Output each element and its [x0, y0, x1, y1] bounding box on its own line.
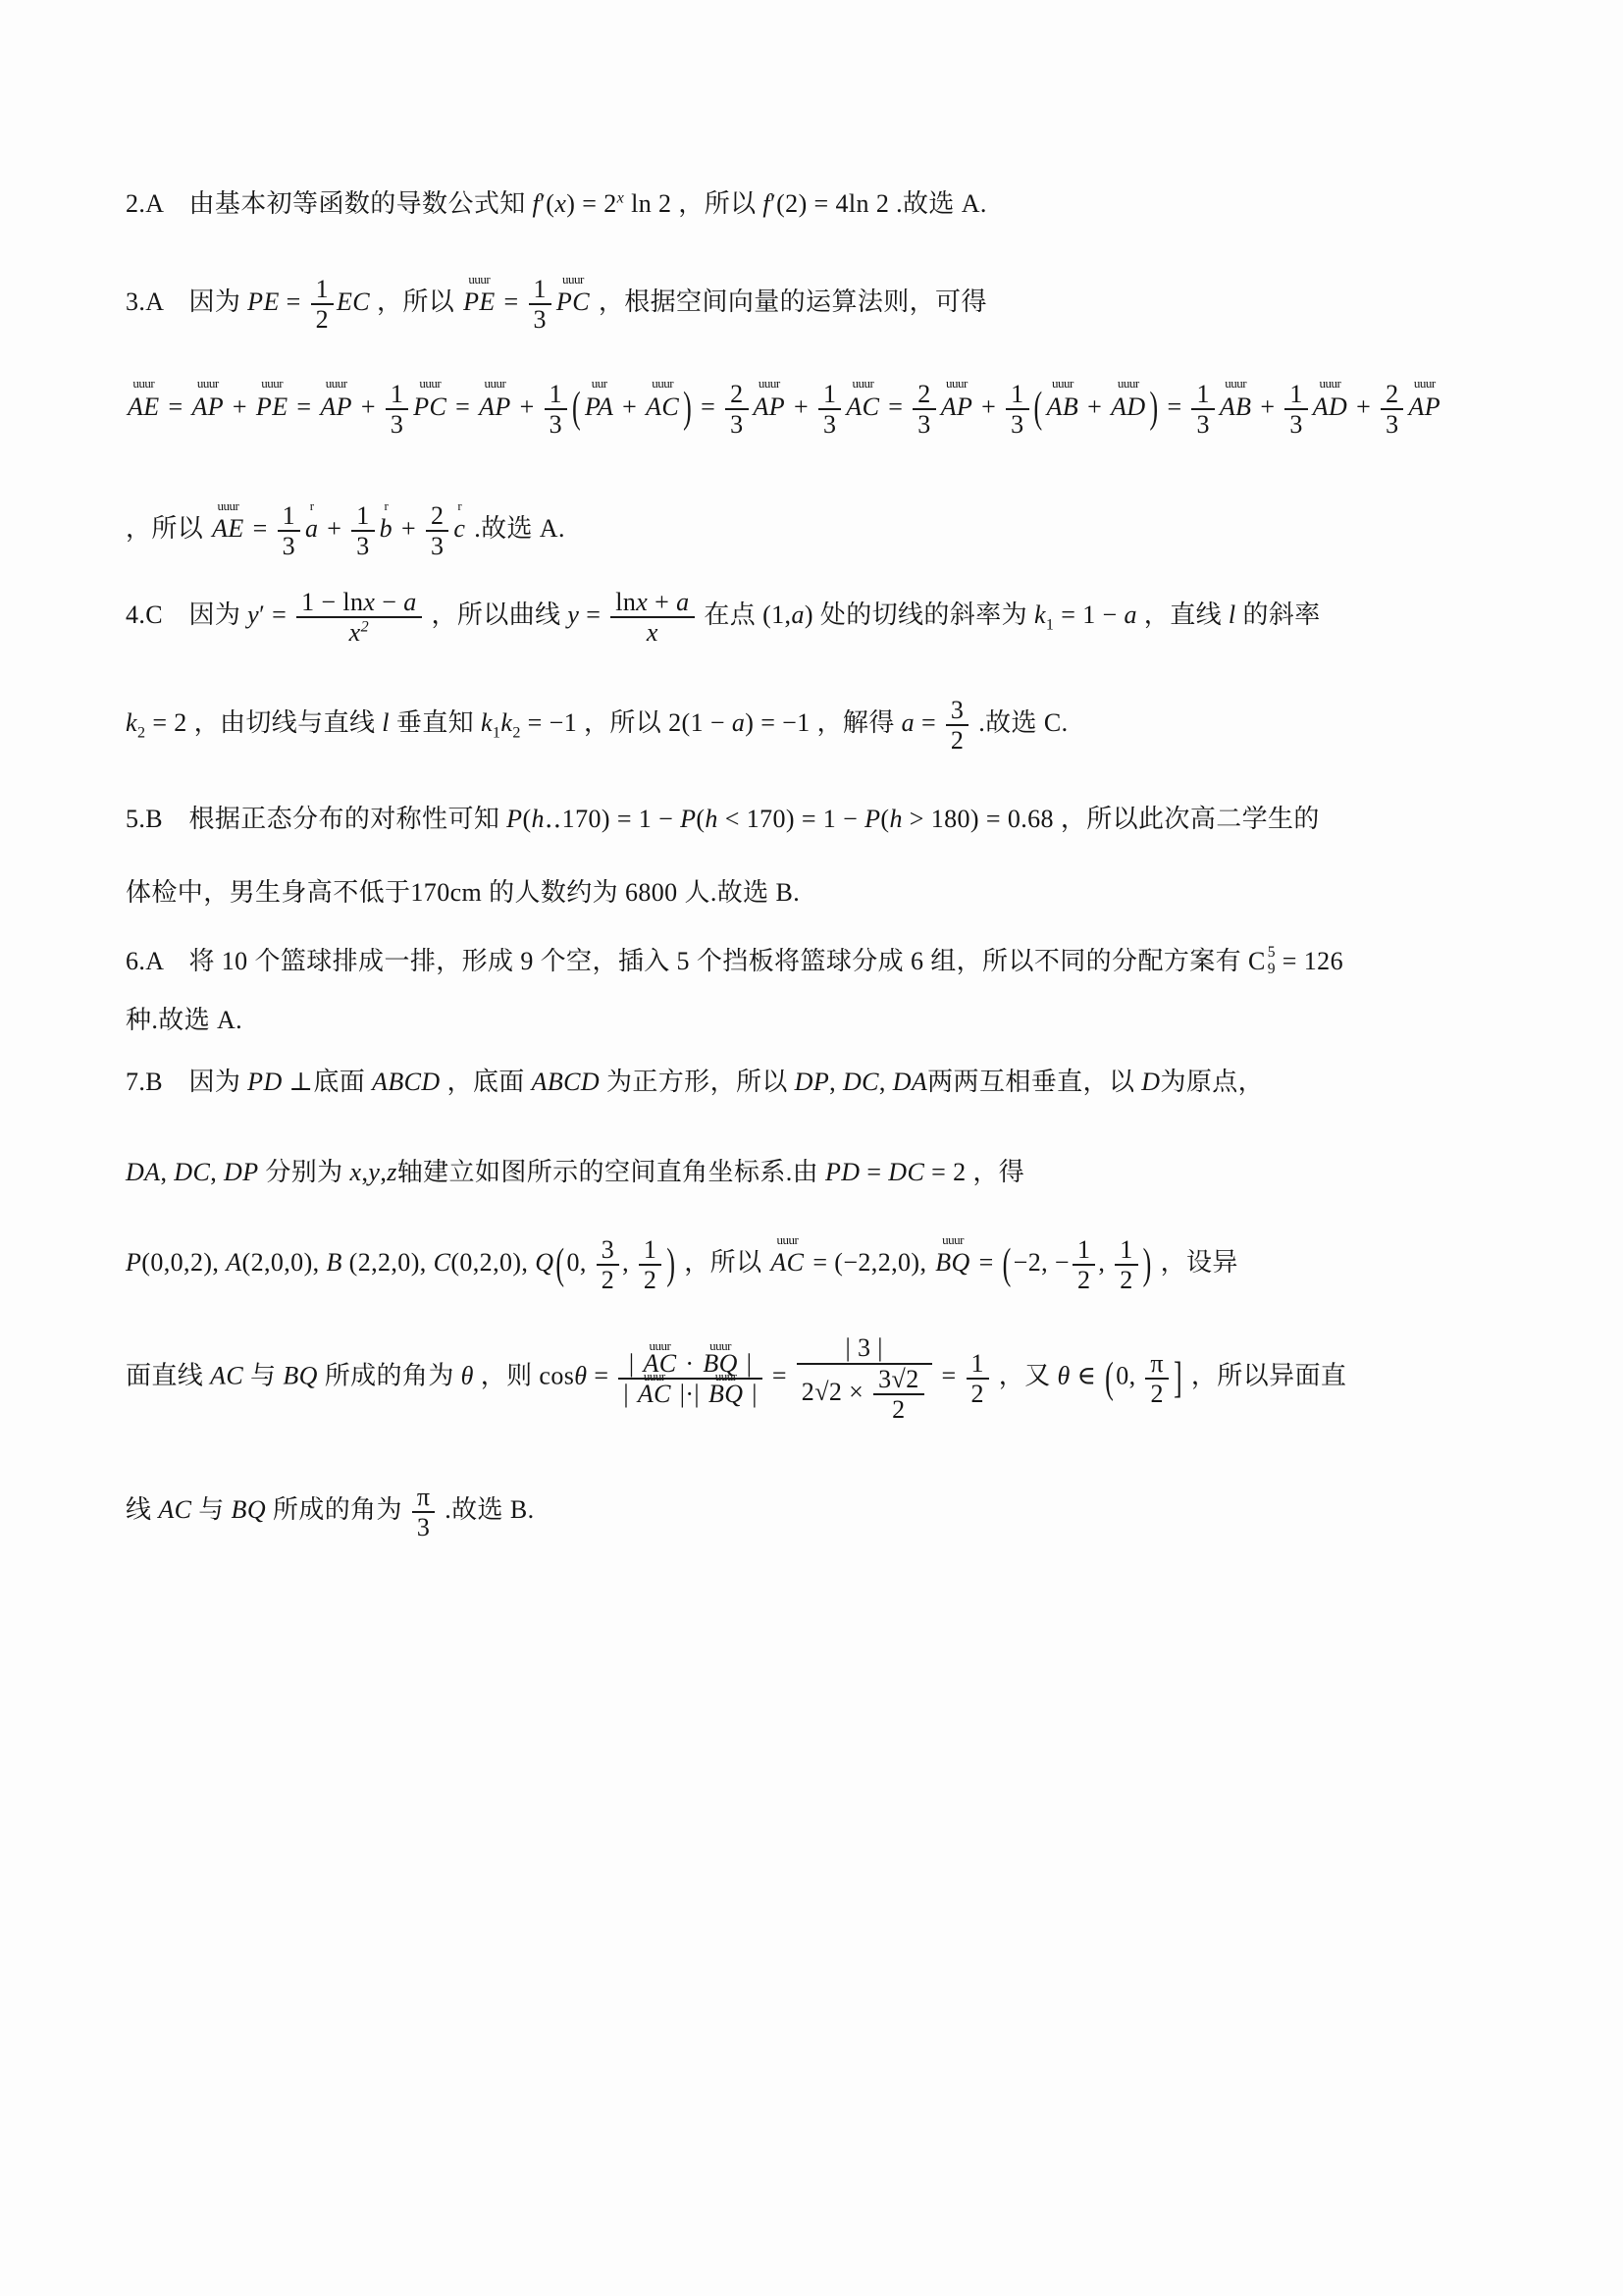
solution-7B-cosine: 面直线 AC 与 BQ 所成的角为 θ ，则 cosθ = | uuurAC ·… [126, 1333, 1513, 1423]
solution-7B-line2: DA, DC, DP 分别为 x,y,z轴建立如图所示的空间直角坐标系.由 PD… [126, 1153, 1513, 1192]
math-var: k [1034, 600, 1046, 629]
math-var: P [126, 1248, 141, 1277]
vector-PC: uuurPC [556, 283, 590, 322]
vector-PA: uurPA [585, 388, 613, 427]
solution-6A-line1: 6.A 将 10 个篮球排成一排，形成 9 个空，插入 5 个挡板将篮球分成 6… [126, 942, 1513, 981]
math-var: z [387, 1158, 397, 1186]
math-var: PD [825, 1158, 860, 1186]
math-var: k [126, 708, 137, 737]
fraction: 13 [1191, 380, 1214, 439]
math-var: BQ [232, 1495, 266, 1524]
fraction: 13 [545, 380, 567, 439]
vector-arrow-mark: uuur [217, 499, 238, 512]
math-var: DA [126, 1158, 160, 1186]
math-var: h [532, 805, 545, 833]
math-var: x [554, 189, 566, 218]
big-paren: ( [1003, 1231, 1012, 1299]
math-var: y [247, 600, 259, 629]
solution-6A-line2: 种.故选 A. [126, 1001, 1513, 1040]
math-var: B [326, 1248, 341, 1277]
math-var: h [889, 805, 902, 833]
math-var: C [434, 1248, 451, 1277]
fraction: | uuurAC · uuurBQ || uuurAC |·| uuurBQ | [618, 1349, 762, 1408]
fraction: 13 [278, 501, 300, 560]
math-var: x [647, 618, 658, 647]
fraction: 13 [818, 380, 841, 439]
big-paren: ( [1105, 1345, 1114, 1413]
vector-AP: uuurAP [1408, 388, 1440, 427]
vector-AP: uuurAP [191, 388, 224, 427]
fraction: 12 [1073, 1235, 1095, 1294]
vector-arrow-mark: uuur [419, 377, 441, 390]
big-paren: ) [683, 375, 692, 443]
superscript: x [617, 189, 625, 206]
solution-5B-line1: 5.B 根据正态分布的对称性可知 P(h‥170) = 1 − P(h < 17… [126, 800, 1513, 839]
vector-arrow-mark: uuur [759, 377, 780, 390]
fraction: 13 [1284, 380, 1307, 439]
vector-AC: uuurAC [638, 1380, 671, 1408]
vector-AP: uuurAP [320, 388, 352, 427]
vector-AP: uuurAP [479, 388, 511, 427]
math-var: x [350, 1158, 362, 1186]
fraction: 13 [529, 275, 551, 334]
solution-7B-line1: 7.B 因为 PD ⊥底面 ABCD ，底面 ABCD 为正方形，所以 DP, … [126, 1063, 1513, 1102]
vector-arrow-mark: uuur [650, 1339, 671, 1352]
solution-3A-equation: uuurAE = uuurAP + uuurPE = uuurAP + 13uu… [126, 380, 1513, 439]
fraction: 32 [946, 696, 969, 755]
binomial-symbol: C59 [1248, 942, 1276, 981]
big-paren: ( [1034, 375, 1043, 443]
math-var: DP [224, 1158, 258, 1186]
math-var: a [791, 600, 804, 629]
vector-arrow-mark: uuur [852, 377, 873, 390]
vector-AB: uuurAB [1047, 388, 1079, 427]
vector-BQ: uuurBQ [708, 1380, 743, 1408]
solution-5B-line2: 体检中，男生身高不低于170cm 的人数约为 6800 人.故选 B. [126, 873, 1513, 913]
math-var: PE [247, 287, 280, 316]
vector-arrow-mark: r [384, 499, 388, 512]
solution-4C-line1: 4.C 因为 y′ = 1 − lnx − ax2 ，所以曲线 y = lnx … [126, 588, 1513, 647]
vector-AB: uuurAB [1220, 388, 1252, 427]
vector-arrow-mark: uuur [197, 377, 219, 390]
vector-arrow-mark: uuur [1320, 377, 1341, 390]
vector-PE: uuurPE [256, 388, 288, 427]
vector-BQ: uuurBQ [935, 1243, 969, 1282]
big-paren: ) [1143, 1231, 1152, 1299]
subscript: 1 [1046, 616, 1054, 633]
vector-arrow-mark: uuur [644, 1370, 665, 1383]
vector-arrow-mark: uur [592, 377, 607, 390]
big-paren: ( [555, 1231, 564, 1299]
math-var: f [762, 189, 770, 218]
fraction: 1 − lnx − ax2 [296, 588, 422, 647]
math-var: ABCD [372, 1068, 440, 1096]
fraction: 23 [1381, 380, 1403, 439]
math-var: DP [795, 1068, 829, 1096]
math-var: DC [888, 1158, 924, 1186]
fraction: lnx + ax [610, 588, 694, 647]
math-var: D [1141, 1068, 1160, 1096]
math-var: a [403, 588, 416, 616]
math-var: AC [158, 1495, 191, 1524]
vector-arrow-mark: uuur [776, 1233, 798, 1246]
vector-AP: uuurAP [941, 388, 973, 427]
vector-AD: uuurAD [1111, 388, 1145, 427]
math-var: f [533, 189, 541, 218]
fraction: | 3 |2√2 × 3√22 [797, 1333, 932, 1423]
fraction: 12 [967, 1349, 989, 1408]
vector-arrow-mark: uuur [468, 273, 490, 286]
fraction: 23 [913, 380, 935, 439]
solution-3A-conclusion: ，所以 uuurAE = 13ra + 13rb + 23rc .故选 A. [126, 501, 1513, 560]
math-var: θ [574, 1362, 587, 1390]
math-var: a [902, 708, 915, 737]
vector-arrow-mark: uuur [709, 1339, 731, 1352]
fraction: 13 [351, 501, 374, 560]
superscript: 2 [361, 618, 369, 635]
math-var: A [226, 1248, 241, 1277]
vector-arrow-mark: uuur [132, 377, 154, 390]
vector-arrow-mark: uuur [946, 377, 968, 390]
vector-arrow-mark: r [457, 499, 461, 512]
fraction: 12 [311, 275, 334, 334]
math-var: l [382, 708, 390, 737]
vector-a: ra [305, 509, 318, 548]
math-var: a [1125, 600, 1137, 629]
math-var: x [636, 588, 648, 616]
vector-AC: uuurAC [846, 388, 879, 427]
vector-AE: uuurAE [128, 388, 160, 427]
big-paren: ] [1174, 1345, 1182, 1413]
fraction: 23 [426, 501, 448, 560]
fraction: 12 [1115, 1235, 1137, 1294]
fraction: π2 [1145, 1349, 1169, 1408]
vector-PE: uuurPE [463, 283, 496, 322]
math-var: y [567, 600, 579, 629]
subscript: 2 [137, 724, 145, 741]
math-var: h [705, 805, 717, 833]
document-body: 2.A 由基本初等函数的导数公式知 f′(x) = 2x ln 2 ，所以 f′… [126, 184, 1513, 1541]
math-var: AC [210, 1362, 243, 1390]
math-var: Q [535, 1248, 553, 1277]
math-var: DC [174, 1158, 210, 1186]
fraction: 32 [597, 1235, 619, 1294]
vector-PC: uuurPC [413, 388, 446, 427]
fraction: 13 [1006, 380, 1028, 439]
vector-arrow-mark: uuur [1414, 377, 1436, 390]
vector-arrow-mark: uuur [715, 1370, 737, 1383]
math-var: x [349, 618, 361, 647]
vector-c: rc [453, 509, 465, 548]
fraction: 3√22 [873, 1365, 923, 1424]
math-var: k [500, 708, 512, 737]
big-paren: ) [1150, 375, 1159, 443]
document-page: 2.A 由基本初等函数的导数公式知 f′(x) = 2x ln 2 ，所以 f′… [0, 0, 1623, 2296]
math-var: x [363, 588, 375, 616]
solution-4C-line2: k2 = 2 ，由切线与直线 l 垂直知 k1k2 = −1 ，所以 2(1 −… [126, 696, 1513, 755]
solution-2A: 2.A 由基本初等函数的导数公式知 f′(x) = 2x ln 2 ，所以 f′… [126, 184, 1513, 224]
fraction: 13 [386, 380, 408, 439]
vector-arrow-mark: uuur [942, 1233, 964, 1246]
vector-arrow-mark: uuur [326, 377, 347, 390]
vector-arrow-mark: uuur [1118, 377, 1139, 390]
math-var: l [1229, 600, 1236, 629]
math-var: θ [461, 1362, 474, 1390]
math-var: a [732, 708, 745, 737]
math-var: y [368, 1158, 380, 1186]
math-var: P [864, 805, 880, 833]
vector-arrow-mark: uuur [261, 377, 283, 390]
fraction: 23 [725, 380, 748, 439]
big-paren: ( [572, 375, 581, 443]
vector-b: rb [380, 509, 393, 548]
vector-AD: uuurAD [1313, 388, 1347, 427]
math-var: θ [1058, 1362, 1071, 1390]
math-var: EC [337, 287, 370, 316]
math-var: P [680, 805, 696, 833]
math-var: DA [893, 1068, 927, 1096]
vector-AC: uuurAC [646, 388, 679, 427]
math-var: k [481, 708, 493, 737]
vector-arrow-mark: uuur [562, 273, 584, 286]
math-var: DC [843, 1068, 879, 1096]
vector-AE: uuurAE [212, 509, 244, 548]
vector-AC: uuurAC [770, 1243, 804, 1282]
fraction: π3 [412, 1483, 436, 1541]
big-paren: ) [666, 1231, 675, 1299]
vector-arrow-mark: uuur [484, 377, 505, 390]
math-var: PD [247, 1068, 282, 1096]
vector-arrow-mark: uuur [1225, 377, 1246, 390]
math-var: a [676, 588, 689, 616]
solution-7B-conclusion: 线 AC 与 BQ 所成的角为 π3 .故选 B. [126, 1483, 1513, 1541]
vector-arrow-mark: uuur [1052, 377, 1073, 390]
math-var: ABCD [532, 1068, 600, 1096]
subscript: 2 [512, 724, 520, 741]
math-var: BQ [283, 1362, 317, 1390]
math-var: P [506, 805, 522, 833]
solution-3A-line1: 3.A 因为 PE = 12EC ，所以 uuurPE = 13uuurPC ，… [126, 275, 1513, 334]
fraction: 12 [639, 1235, 661, 1294]
vector-arrow-mark: uuur [652, 377, 673, 390]
solution-7B-coordinates: P(0,0,2), A(2,0,0), B (2,2,0), C(0,2,0),… [126, 1235, 1513, 1294]
vector-AP: uuurAP [754, 388, 786, 427]
vector-arrow-mark: r [310, 499, 314, 512]
